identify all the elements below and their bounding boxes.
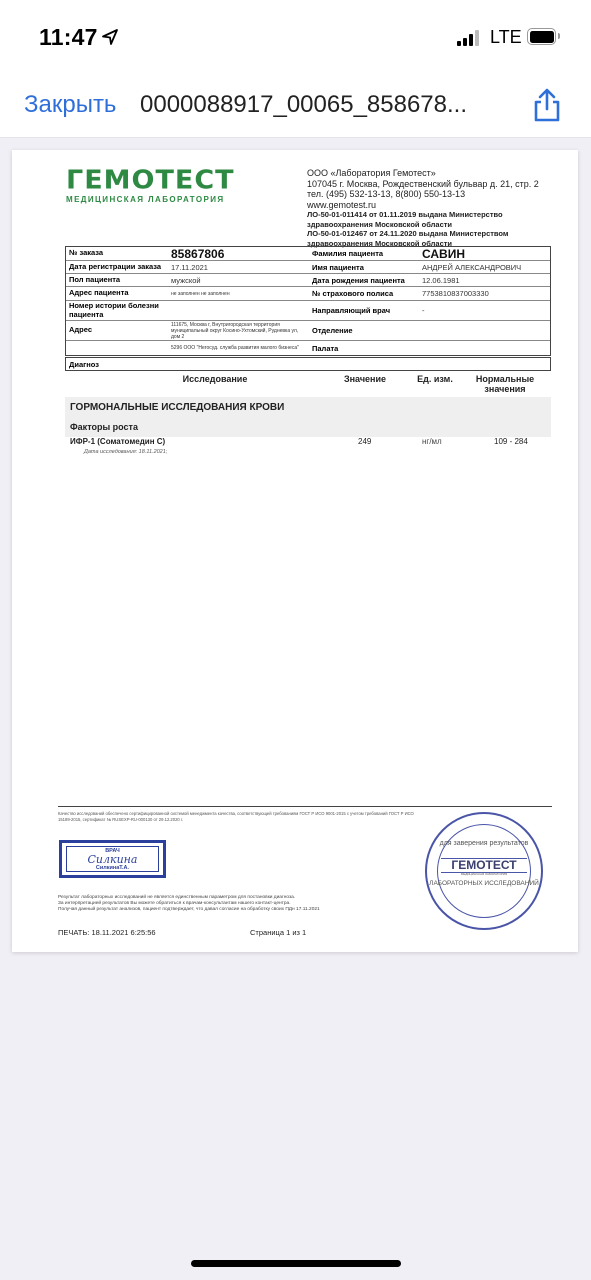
home-indicator[interactable] bbox=[191, 1260, 401, 1267]
network-type: LTE bbox=[490, 27, 522, 48]
status-bar: 11:47 LTE bbox=[0, 0, 591, 75]
print-timestamp: ПЕЧАТЬ: 18.11.2021 6:25:56 bbox=[58, 928, 156, 937]
share-icon[interactable] bbox=[531, 87, 563, 123]
signal-bars-icon bbox=[457, 30, 483, 46]
lab-seal: для заверения результатов ГЕМОТЕСТ МЕДИЦ… bbox=[425, 812, 543, 930]
results-subgroup: Факторы роста bbox=[70, 422, 138, 432]
location-arrow-icon bbox=[101, 28, 119, 46]
lab-logo: ГЕМОТЕСТ МЕДИЦИНСКАЯ ЛАБОРАТОРИЯ bbox=[66, 167, 235, 204]
test-date: Дата исследования: 18.11.2021; bbox=[84, 449, 167, 455]
results-group: ГОРМОНАЛЬНЫЕ ИССЛЕДОВАНИЯ КРОВИ bbox=[70, 402, 284, 413]
clock: 11:47 bbox=[39, 24, 98, 51]
disclaimer: Результат лабораторных исследований не я… bbox=[58, 895, 388, 913]
signature: Силкина bbox=[67, 854, 158, 865]
document-title: 0000088917_00065_858678... bbox=[140, 91, 510, 119]
battery-full-icon bbox=[527, 28, 556, 45]
company-info: ООО «Лаборатория Гемотест» 107045 г. Мос… bbox=[307, 168, 567, 248]
results-header: Исследование Значение Ед. изм. Нормальны… bbox=[65, 372, 551, 396]
diagnosis-row: Диагноз bbox=[65, 357, 551, 371]
close-button[interactable]: Закрыть bbox=[24, 91, 116, 119]
order-number: 85867806 bbox=[168, 247, 309, 260]
pdf-page: ГЕМОТЕСТ МЕДИЦИНСКАЯ ЛАБОРАТОРИЯ ООО «Ла… bbox=[12, 150, 578, 952]
quality-cert-note: Качество исследований обеспечено сертифи… bbox=[58, 811, 418, 822]
footer-divider bbox=[58, 806, 552, 807]
patient-surname: САВИН bbox=[419, 247, 550, 260]
page-number: Страница 1 из 1 bbox=[250, 928, 306, 937]
nav-bar: Закрыть 0000088917_00065_858678... bbox=[0, 75, 591, 138]
doctor-stamp: ВРАЧ Силкина СилкинаТ.А. bbox=[59, 840, 166, 878]
patient-info-table: № заказа 85867806 Фамилия пациента САВИН… bbox=[65, 246, 551, 356]
